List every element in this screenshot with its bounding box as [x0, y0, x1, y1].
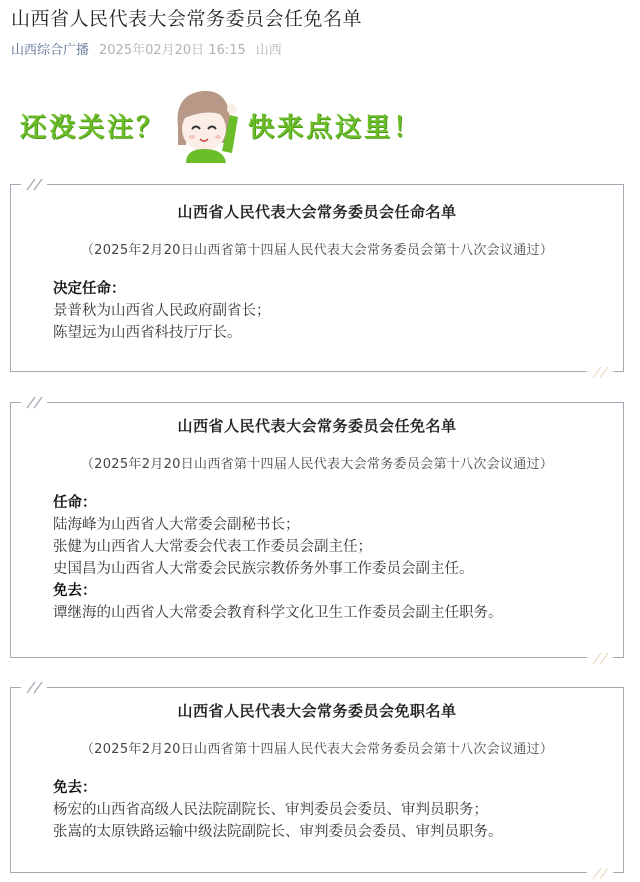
section-body: 任命： 陆海峰为山西省人大常委会副秘书长； 张健为山西省人大常委会代表工作委员会…	[11, 492, 623, 624]
cartoon-girl-icon	[170, 85, 240, 163]
section-subtitle: （2025年2月20日山西省第十四届人民代表大会常务委员会第十八次会议通过）	[11, 242, 623, 260]
list-item: 张嵩的太原铁路运输中级法院副院长、审判委员会委员、审判员职务。	[53, 821, 623, 843]
slash-decoration-icon	[587, 865, 613, 881]
removal-list-box: 山西省人民代表大会常务委员会免职名单 （2025年2月20日山西省第十四届人民代…	[10, 687, 624, 873]
follow-banner[interactable]: 还没关注？ 快来点这里！	[20, 85, 430, 165]
list-item: 陈望远为山西省科技厅厅长。	[53, 322, 623, 344]
slash-decoration-icon	[587, 650, 613, 666]
slash-decoration-icon	[21, 679, 47, 695]
list-item: 张健为山西省人大常委会代表工作委员会副主任；	[53, 536, 623, 558]
banner-left-text: 还没关注？	[20, 113, 165, 143]
source-link[interactable]: 山西综合广播	[11, 42, 89, 60]
group-heading: 免去：	[53, 580, 623, 602]
appointment-list-box: 山西省人民代表大会常务委员会任命名单 （2025年2月20日山西省第十四届人民代…	[10, 184, 624, 372]
section-title: 山西省人民代表大会常务委员会任免名单	[11, 416, 623, 436]
list-item: 景普秋为山西省人民政府副省长；	[53, 300, 623, 322]
slash-decoration-icon	[21, 394, 47, 410]
list-item: 史国昌为山西省人大常委会民族宗教侨务外事工作委员会副主任。	[53, 558, 623, 580]
section-body: 决定任命： 景普秋为山西省人民政府副省长； 陈望远为山西省科技厅厅长。	[11, 278, 623, 344]
list-item: 陆海峰为山西省人大常委会副秘书长；	[53, 514, 623, 536]
section-title: 山西省人民代表大会常务委员会免职名单	[11, 701, 623, 721]
section-subtitle: （2025年2月20日山西省第十四届人民代表大会常务委员会第十八次会议通过）	[11, 456, 623, 474]
article-title: 山西省人民代表大会常务委员会任免名单	[11, 6, 362, 32]
publish-time: 2025年02月20日 16:15	[99, 42, 246, 60]
section-subtitle: （2025年2月20日山西省第十四届人民代表大会常务委员会第十八次会议通过）	[11, 741, 623, 759]
list-item: 杨宏的山西省高级人民法院副院长、审判委员会委员、审判员职务；	[53, 799, 623, 821]
slash-decoration-icon	[21, 176, 47, 192]
section-body: 免去： 杨宏的山西省高级人民法院副院长、审判委员会委员、审判员职务； 张嵩的太原…	[11, 777, 623, 843]
appointment-removal-list-box: 山西省人民代表大会常务委员会任免名单 （2025年2月20日山西省第十四届人民代…	[10, 402, 624, 658]
section-title: 山西省人民代表大会常务委员会任命名单	[11, 202, 623, 222]
region-label: 山西	[256, 42, 282, 60]
slash-decoration-icon	[587, 364, 613, 380]
article-meta: 山西综合广播 2025年02月20日 16:15 山西	[11, 42, 282, 60]
group-heading: 免去：	[53, 777, 623, 799]
group-heading: 决定任命：	[53, 278, 623, 300]
banner-right-text: 快来点这里！	[248, 113, 422, 143]
group-heading: 任命：	[53, 492, 623, 514]
list-item: 谭继海的山西省人大常委会教育科学文化卫生工作委员会副主任职务。	[53, 602, 623, 624]
